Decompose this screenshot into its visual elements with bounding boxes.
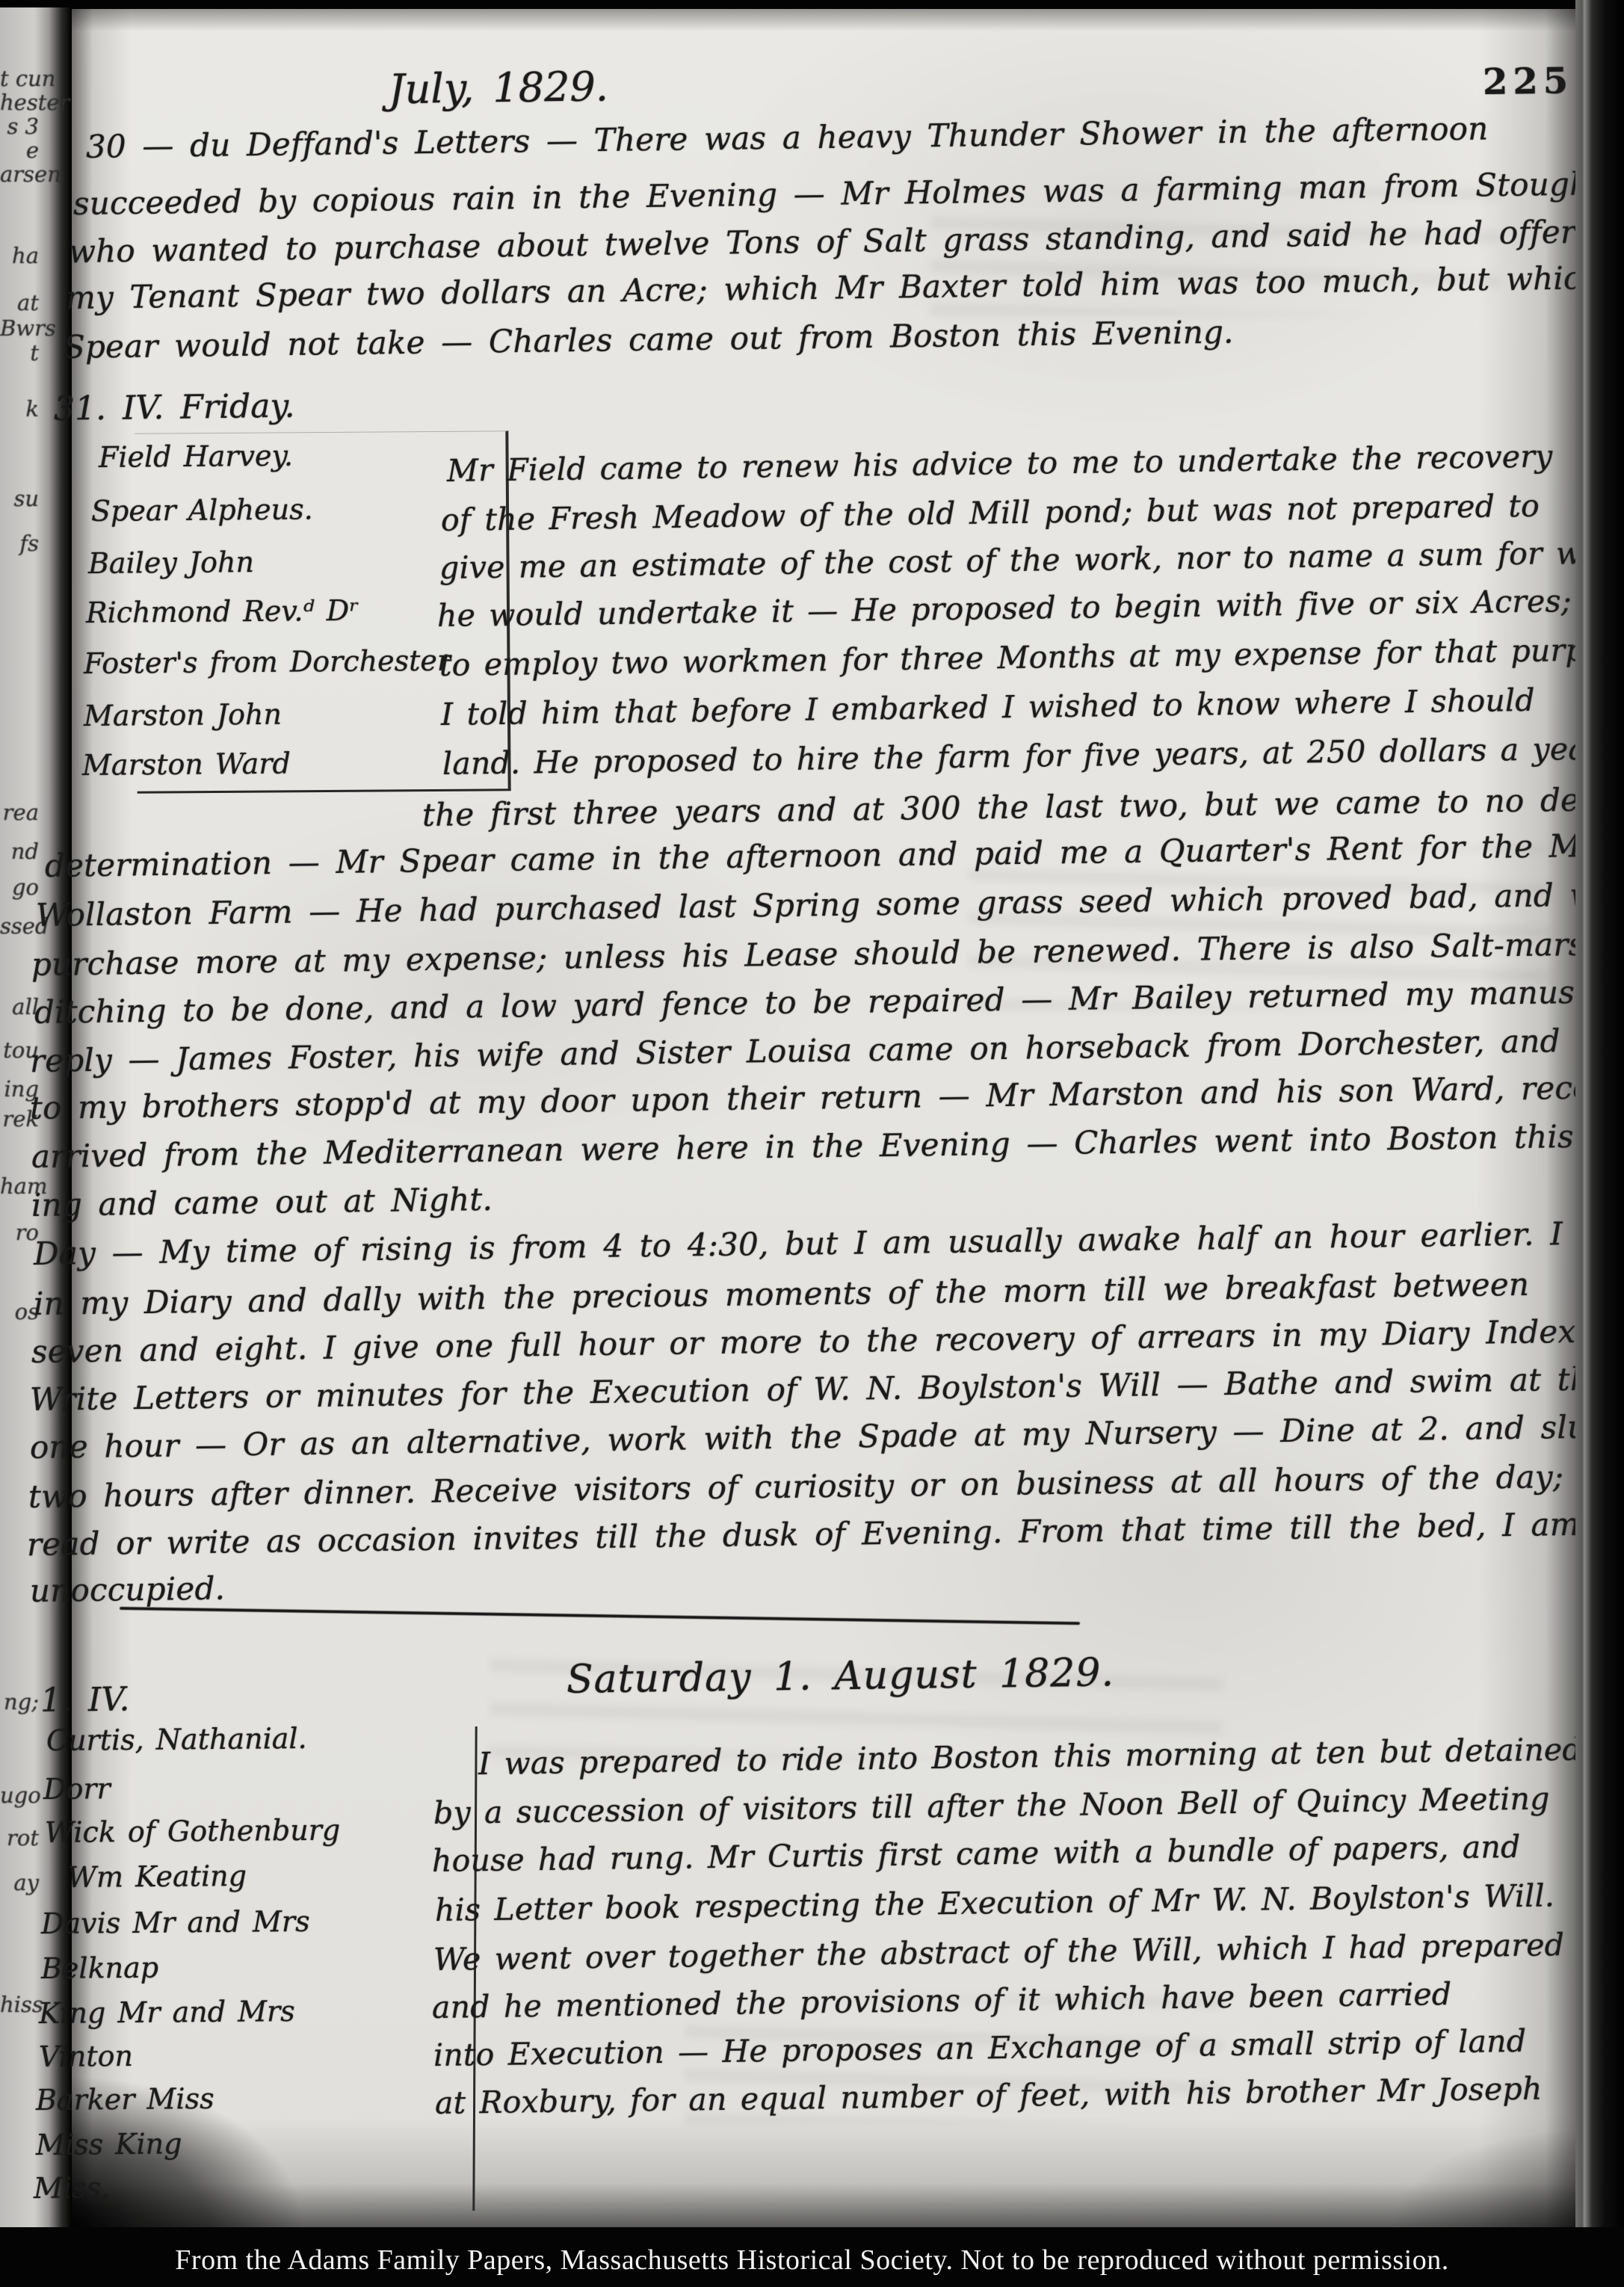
page-number: 225 — [1483, 60, 1574, 103]
diary-line: land. He proposed to hire the farm for f… — [442, 731, 1602, 782]
edge-fragment: rot — [0, 1825, 39, 1851]
edge-fragment: hester — [0, 90, 39, 115]
diary-line: 30 — du Deffand's Letters — There was a … — [86, 110, 1489, 165]
archive-caption: From the Adams Family Papers, Massachuse… — [0, 2244, 1624, 2277]
diary-page: July, 1829. 225 30 — du Deffand's Letter… — [72, 9, 1575, 2227]
edge-fragment: ugo — [0, 1783, 39, 1808]
caption-band: From the Adams Family Papers, Massachuse… — [0, 2227, 1624, 2287]
diary-line: succeeded by copious rain in the Evening… — [73, 164, 1624, 222]
visitor-name: Wick of Gothenburg — [45, 1814, 341, 1849]
edge-fragment: s 3 — [0, 114, 39, 139]
diary-line: my Tenant Spear two dollars an Acre; whi… — [66, 259, 1602, 316]
diary-line: unoccupied. — [30, 1570, 226, 1609]
edge-fragment: arsen — [0, 161, 39, 187]
diary-line: and he mentioned the provisions of it wh… — [432, 1976, 1452, 2025]
visitor-name: Wm Keating — [67, 1859, 247, 1894]
diary-line: his Letter book respecting the Execution… — [435, 1877, 1555, 1928]
diary-line: purchase more at my expense; unless his … — [31, 925, 1605, 983]
diary-line: seven and eight. I give one full hour or… — [31, 1312, 1624, 1370]
diary-line: Wollaston Farm — He had purchased last S… — [36, 874, 1624, 933]
diary-line: Write Letters or minutes for the Executi… — [30, 1359, 1624, 1418]
edge-fragment: su — [0, 486, 39, 511]
edge-fragment: all — [0, 994, 39, 1019]
diary-line: one hour — Or as an alternative, work wi… — [30, 1406, 1624, 1466]
diary-line: two hours after dinner. Receive visitors… — [28, 1457, 1624, 1515]
visitor-name: Dorr — [43, 1772, 111, 1806]
diary-line: the first three years and at 300 the las… — [422, 780, 1624, 833]
diary-line: arrived from the Mediterranean were here… — [31, 1117, 1624, 1175]
diary-line: to my brothers stopp'd at my door upon t… — [30, 1069, 1624, 1126]
edge-fragment: e — [0, 138, 39, 163]
edge-fragment: at — [0, 290, 39, 315]
edge-fragment: go — [0, 874, 39, 900]
diary-line: read or write as occasion invites till t… — [27, 1506, 1580, 1563]
edge-fragment: Bwrs — [0, 315, 39, 341]
day-label: 1. IV. — [40, 1680, 130, 1720]
visitor-name: Foster's from Dorchester — [84, 644, 451, 680]
book-fore-edge — [1575, 0, 1624, 2287]
edge-fragment: nd — [0, 839, 39, 864]
month-year-header: July, 1829. — [389, 63, 609, 113]
visitor-name: King Mr and Mrs — [39, 1995, 295, 2030]
visitor-name: Davis Mr and Mrs — [41, 1905, 310, 1940]
visitor-name: Belknap — [41, 1951, 158, 1985]
edge-fragment: ha — [0, 243, 39, 268]
diary-line: We went over together the abstract of th… — [433, 1927, 1565, 1978]
diary-line: by a succession of visitors till after t… — [433, 1780, 1550, 1831]
diary-line: ditching to be done, and a low yard fenc… — [34, 973, 1624, 1031]
visitor-name: Barker Miss — [36, 2082, 214, 2117]
edge-fragment: ng; — [0, 1689, 39, 1715]
diary-line: I was prepared to ride into Boston this … — [478, 1732, 1582, 1782]
visitor-name: Bailey John — [88, 546, 254, 580]
edge-fragment: ay — [0, 1870, 39, 1895]
diary-line: I told him that before I embarked I wish… — [441, 682, 1535, 732]
diary-line: house had rung. Mr Curtis first came wit… — [432, 1829, 1521, 1879]
diary-line: reply — James Foster, his wife and Siste… — [30, 1020, 1624, 1079]
diary-line: ing and came out at Night. — [31, 1181, 493, 1223]
edge-fragment: t — [0, 340, 39, 365]
visitor-name: Miss King — [36, 2127, 182, 2161]
manuscript-scan: t cun hester s 3 e arsen ha at Bwrs t k … — [0, 0, 1624, 2287]
edge-fragment: k — [0, 396, 39, 422]
diary-line: who wanted to purchase about twelve Tons… — [69, 213, 1615, 270]
diary-line: to employ two workmen for three Months a… — [439, 632, 1624, 683]
visitor-name: Richmond Rev.ᵈ Dʳ — [86, 594, 359, 629]
visitor-name: Vinton — [39, 2040, 133, 2073]
diary-line: into Execution — He proposes an Exchange… — [433, 2023, 1527, 2073]
diary-line: Day — My time of rising is from 4 to 4:3… — [34, 1214, 1624, 1272]
edge-fragment: rea — [0, 800, 39, 825]
visitor-name: Curtis, Nathanial. — [46, 1722, 307, 1757]
entry-heading: Saturday 1. August 1829. — [566, 1650, 1115, 1703]
diary-line: give me an estimate of the cost of the w… — [439, 534, 1624, 586]
diary-line: he would undertake it — He proposed to b… — [437, 582, 1624, 634]
diary-line: Mr Field came to renew his advice to me … — [447, 439, 1553, 489]
entry-divider-line — [120, 1607, 1080, 1625]
edge-fragment: ssed — [0, 913, 39, 939]
diary-line: Spear would not take — Charles came out … — [64, 314, 1234, 365]
diary-line: of the Fresh Meadow of the old Mill pond… — [441, 488, 1540, 538]
visitor-name: Field Harvey. — [99, 439, 293, 474]
diary-line: determination — Mr Spear came in the aft… — [45, 827, 1624, 884]
edge-fragment: t cun — [0, 66, 39, 91]
day-label: 31. IV. Friday. — [54, 387, 295, 428]
visitor-name: Marston John — [84, 698, 282, 732]
visitor-name: Miss. — [34, 2171, 111, 2205]
edge-fragment: fs — [0, 531, 39, 556]
visitor-name: Marston Ward — [82, 747, 291, 782]
edge-fragment: hiss — [0, 1992, 39, 2017]
diary-line: at Roxbury, for an equal number of feet,… — [435, 2071, 1543, 2121]
visitor-name: Spear Alpheus. — [91, 493, 313, 528]
diary-line: in my Diary and dally with the precious … — [34, 1266, 1530, 1322]
